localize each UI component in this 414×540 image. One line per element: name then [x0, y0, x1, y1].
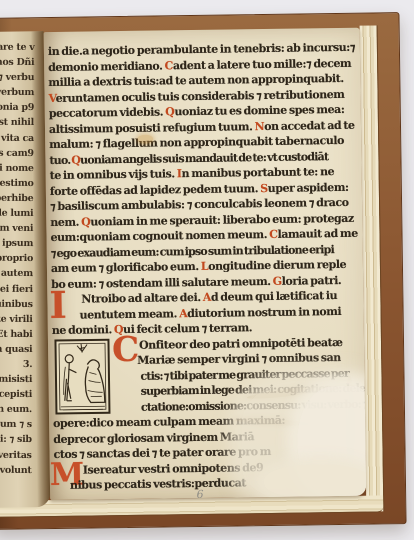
main-page: I C M in die.a negotio perambulante in t…	[44, 28, 367, 500]
text-line: onem est nihil	[0, 115, 34, 131]
text-line: tes nos Dñi	[0, 55, 34, 70]
facing-page: c laudare te vtes nos Dñim : ⁊ verbus er…	[0, 31, 50, 508]
book-cover: c laudare te vtes nos Dñim : ⁊ verbus er…	[0, 12, 407, 530]
text-line: tibi: ⁊ sib	[0, 432, 32, 447]
text-line: promisisti	[0, 372, 32, 387]
text-line: ita volunt	[0, 462, 31, 477]
text-line: quot autem	[0, 266, 33, 281]
text-line: tem perhibe	[0, 191, 33, 207]
text-line: mantium ⁊ s	[0, 417, 32, 433]
text-line: rabo in eum.	[0, 402, 32, 418]
text-line: anguinibus	[0, 296, 33, 311]
text-line: c laudare te v	[0, 40, 34, 56]
text-line: m. Quonia p9	[0, 100, 34, 116]
text-line: nebris cam9	[0, 145, 34, 161]
text-line: m : ⁊ verbu	[0, 70, 34, 85]
text-line: omnem veni	[0, 221, 33, 237]
text-line: e: vt testimo	[0, 175, 33, 191]
text-line: tate virili	[0, 311, 32, 326]
text-line: us per ipsum	[0, 236, 33, 252]
text-line: erat: ⁊ vita ca	[0, 130, 34, 146]
text-line: s erat verbum	[0, 85, 34, 101]
text-line: os dei fieri	[0, 281, 33, 296]
text-line: loriam quasi	[0, 341, 32, 357]
text-line: ct. Et habi	[0, 326, 32, 341]
text-line: no suscepisti	[0, 387, 32, 403]
photo-background: c laudare te vtes nos Dñim : ⁊ verbus er…	[0, 0, 414, 540]
text-line: t ne veritas	[0, 447, 31, 462]
text-line: co: cui nome	[0, 160, 33, 176]
text-line: beret de lumi	[0, 206, 33, 222]
text-block: in die.a negotio perambulante in tenebri…	[48, 40, 366, 494]
text-line: 3.	[23, 357, 32, 372]
text-line: : In proprio	[0, 251, 33, 266]
facing-page-text: c laudare te vtes nos Dñim : ⁊ verbus er…	[0, 40, 34, 478]
